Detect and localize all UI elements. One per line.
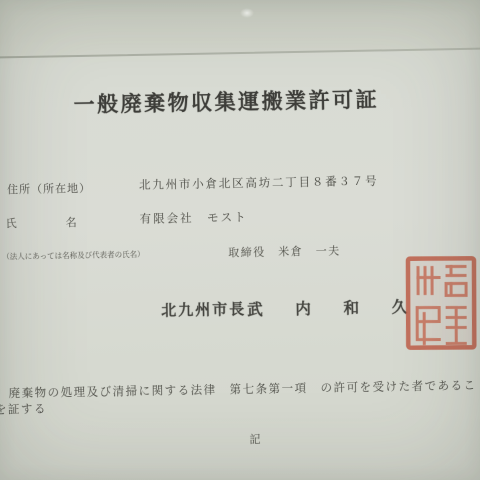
address-value: 北九州市小倉北区高坊二丁目８番３７号 xyxy=(139,173,379,193)
body-text-line1: 廃棄物の処理及び清掃に関する法律 第七条第一項 の許可を受けた者であるこ xyxy=(8,377,476,401)
representative-name: 取締役 米倉 一夫 xyxy=(228,242,341,260)
official-seal-stamp-icon xyxy=(405,255,477,350)
mayor-name: 武 内 和 久 xyxy=(247,295,407,320)
permit-document-photo: 一般廃棄物収集運搬業許可証 住所（所在地） 北九州市小倉北区高坊二丁目８番３７号… xyxy=(0,0,480,480)
company-name-value: 有限会社 モスト xyxy=(139,209,247,227)
mayor-name-char: 内 xyxy=(295,297,311,319)
name-field-note: （法人にあっては名称及び代表者の氏名） xyxy=(2,249,145,262)
issuer-office-title: 北九州市長 xyxy=(161,298,246,320)
mayor-name-char: 和 xyxy=(343,296,359,318)
mayor-name-char: 武 xyxy=(247,298,263,320)
address-label: 住所（所在地） xyxy=(7,180,91,197)
document-content: 一般廃棄物収集運搬業許可証 住所（所在地） 北九州市小倉北区高坊二丁目８番３７号… xyxy=(0,0,480,480)
name-label: 氏 名 xyxy=(6,214,78,231)
document-title: 一般廃棄物収集運搬業許可証 xyxy=(73,84,379,119)
body-text-line2: とを証する xyxy=(0,400,47,417)
ki-record-marker: 記 xyxy=(249,431,260,447)
